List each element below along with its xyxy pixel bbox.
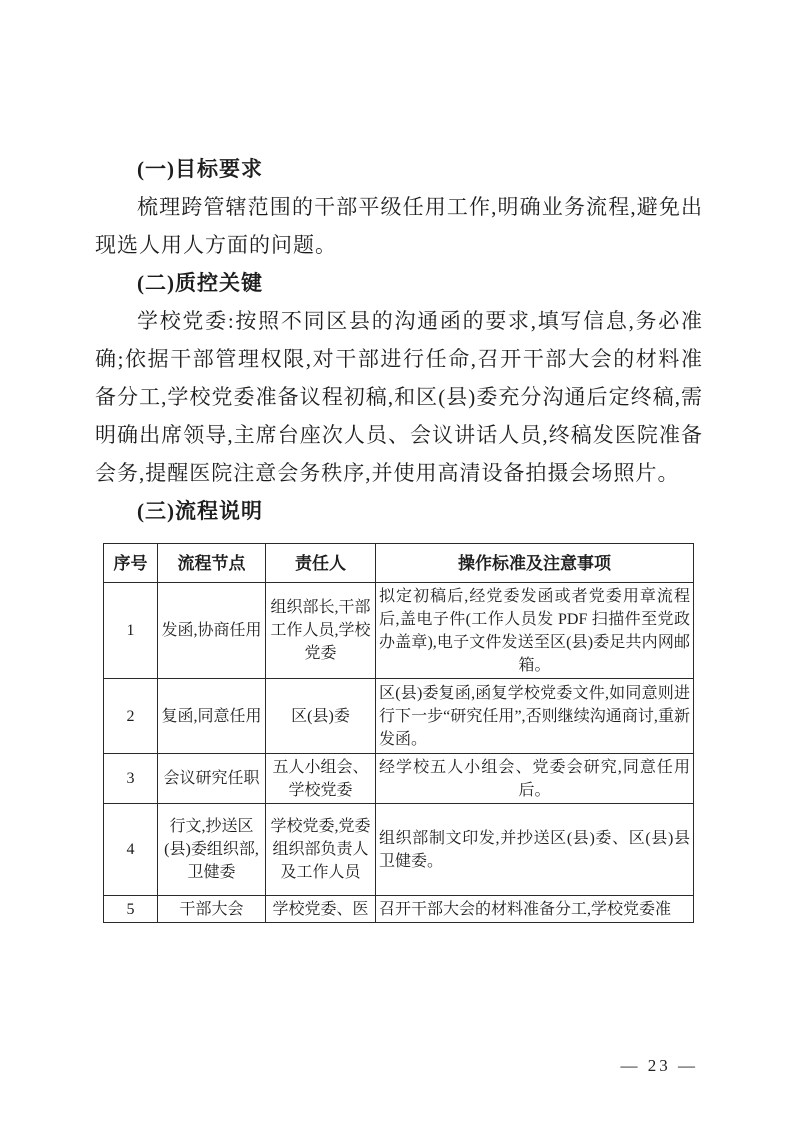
section-heading-goals: (一)目标要求 (95, 150, 703, 188)
column-header-node: 流程节点 (158, 544, 266, 583)
cell-standard: 组织部制文印发,并抄送区(县)委、区(县)县卫健委。 (376, 804, 694, 896)
cell-node: 发函,协商任用 (158, 583, 266, 679)
cell-node: 行文,抄送区(县)委组织部,卫健委 (158, 804, 266, 896)
cell-owner: 五人小组会、学校党委 (266, 754, 376, 804)
cell-owner: 区(县)委 (266, 679, 376, 754)
cell-standard: 召开干部大会的材料准备分工,学校党委准 (376, 896, 694, 923)
cell-node: 会议研究任职 (158, 754, 266, 804)
page-number: — 23 — (621, 1056, 699, 1076)
cell-seq: 5 (104, 896, 158, 923)
section-heading-quality-control: (二)质控关键 (95, 264, 703, 302)
document-body: (一)目标要求 梳理跨管辖范围的干部平级任用工作,明确业务流程,避免出现选人用人… (95, 150, 703, 923)
cell-seq: 3 (104, 754, 158, 804)
cell-owner: 学校党委,党委组织部负责人及工作人员 (266, 804, 376, 896)
table-row: 3 会议研究任职 五人小组会、学校党委 经学校五人小组会、党委会研究,同意任用后… (104, 754, 694, 804)
cell-standard: 区(县)委复函,函复学校党委文件,如同意则进行下一步“研究任用”,否则继续沟通商… (376, 679, 694, 754)
section-heading-process-description: (三)流程说明 (95, 492, 703, 530)
table-header-row: 序号 流程节点 责任人 操作标准及注意事项 (104, 544, 694, 583)
table-row-truncated: 5 干部大会 学校党委、医 召开干部大会的材料准备分工,学校党委准 (104, 896, 694, 923)
cell-owner: 组织部长,干部工作人员,学校党委 (266, 583, 376, 679)
table-row: 1 发函,协商任用 组织部长,干部工作人员,学校党委 拟定初稿后,经党委发函或者… (104, 583, 694, 679)
cell-seq: 2 (104, 679, 158, 754)
paragraph-quality-control: 学校党委:按照不同区县的沟通函的要求,填写信息,务必准确;依据干部管理权限,对干… (95, 302, 703, 492)
document-page: (一)目标要求 梳理跨管辖范围的干部平级任用工作,明确业务流程,避免出现选人用人… (0, 0, 794, 1123)
cell-standard: 拟定初稿后,经党委发函或者党委用章流程后,盖电子件(工作人员发 PDF 扫描件至… (376, 583, 694, 679)
process-table: 序号 流程节点 责任人 操作标准及注意事项 1 发函,协商任用 组织部长,干部工… (103, 543, 694, 923)
column-header-owner: 责任人 (266, 544, 376, 583)
table-row: 4 行文,抄送区(县)委组织部,卫健委 学校党委,党委组织部负责人及工作人员 组… (104, 804, 694, 896)
column-header-seq: 序号 (104, 544, 158, 583)
paragraph-goals: 梳理跨管辖范围的干部平级任用工作,明确业务流程,避免出现选人用人方面的问题。 (95, 188, 703, 264)
table-row: 2 复函,同意任用 区(县)委 区(县)委复函,函复学校党委文件,如同意则进行下… (104, 679, 694, 754)
cell-seq: 4 (104, 804, 158, 896)
cell-node: 干部大会 (158, 896, 266, 923)
cell-standard: 经学校五人小组会、党委会研究,同意任用后。 (376, 754, 694, 804)
cell-seq: 1 (104, 583, 158, 679)
cell-node: 复函,同意任用 (158, 679, 266, 754)
cell-owner: 学校党委、医 (266, 896, 376, 923)
column-header-standard: 操作标准及注意事项 (376, 544, 694, 583)
